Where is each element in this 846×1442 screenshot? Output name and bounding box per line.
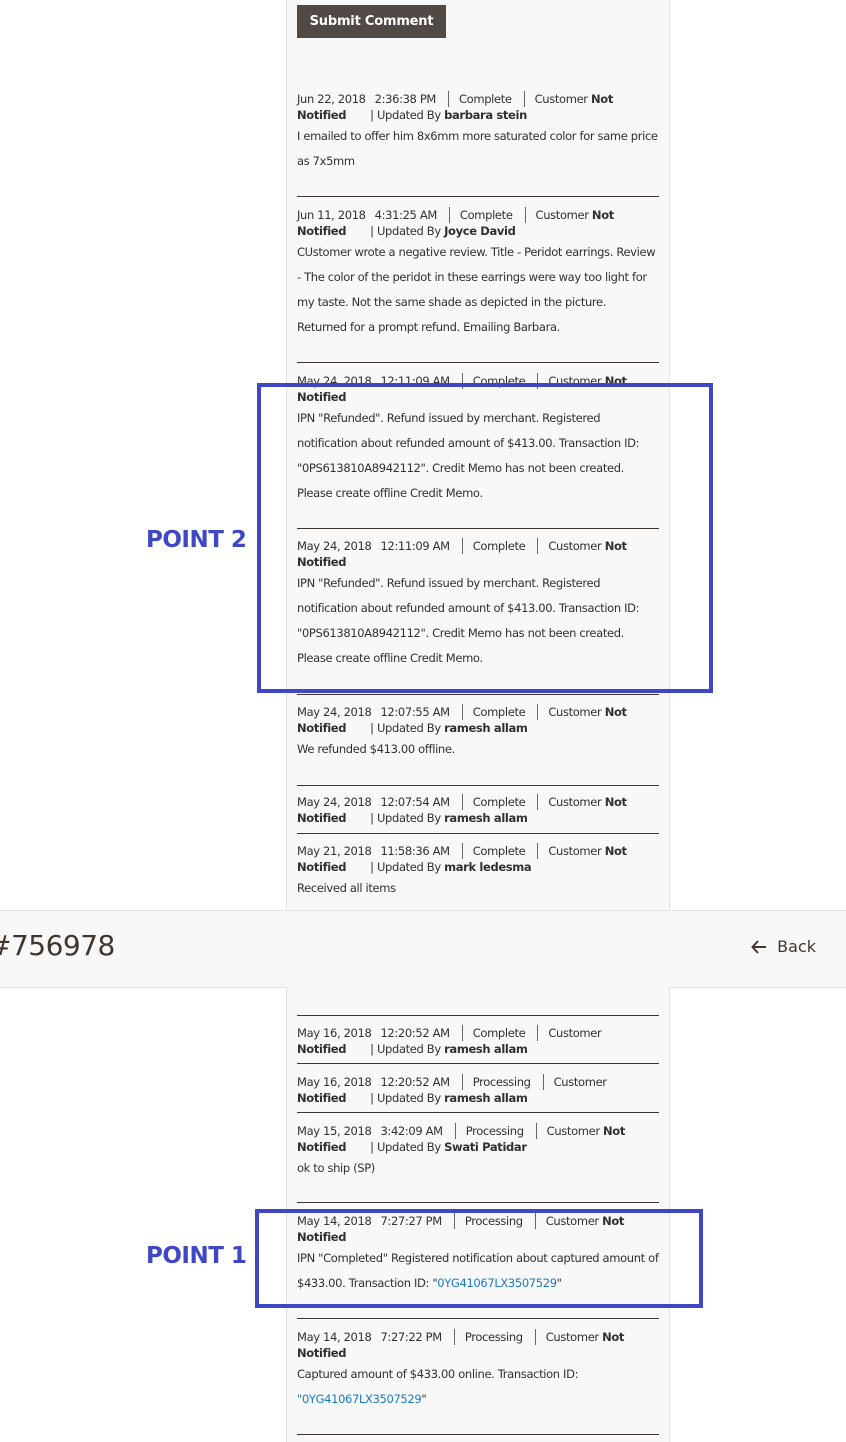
entry-time: 4:31:25 AM — [375, 207, 437, 223]
entry-separator — [297, 1015, 659, 1016]
entry-status: Complete — [449, 207, 513, 223]
annotation-box-point-1 — [255, 1209, 703, 1308]
entry-customer-notify: Customer Not — [524, 91, 613, 107]
entry-date: May 14, 2018 — [297, 1329, 371, 1345]
entry-updated-by: ramesh allam — [444, 1091, 527, 1105]
entry-customer-notify: Customer — [543, 1074, 607, 1090]
entry-time: 12:20:52 AM — [380, 1025, 449, 1041]
entry-notified: Notified — [297, 1042, 346, 1056]
entry-separator — [297, 785, 659, 786]
entry-time: 3:42:09 AM — [380, 1123, 442, 1139]
entry-updated-by-label: | Updated By — [370, 224, 441, 238]
entry-status: Processing — [454, 1329, 523, 1345]
page-header: #756978 Back — [0, 910, 846, 988]
entry-notified: Notified — [297, 1140, 346, 1154]
entry-updated-by-label: | Updated By — [370, 811, 441, 825]
entry-customer-notify: Customer Not — [537, 704, 626, 720]
entry-customer-notify: Customer Not — [535, 1329, 624, 1345]
entry-time: 11:58:36 AM — [380, 843, 449, 859]
entry-status: Complete — [462, 704, 526, 720]
entry-updated-by-label: | Updated By — [370, 108, 441, 122]
history-entry: Jun 11, 20184:31:25 AMCompleteCustomer N… — [297, 207, 659, 340]
entry-updated-by: barbara stein — [444, 108, 527, 122]
history-entry: May 14, 20187:27:22 PMProcessingCustomer… — [297, 1329, 659, 1412]
entry-time: 2:36:38 PM — [375, 91, 436, 107]
back-label: Back — [777, 937, 816, 956]
entry-updated-by-label: | Updated By — [370, 860, 441, 874]
entry-separator — [297, 833, 659, 834]
history-entry: Jun 22, 20182:36:38 PMCompleteCustomer N… — [297, 91, 659, 174]
entry-date: May 24, 2018 — [297, 704, 371, 720]
entry-date: Jun 11, 2018 — [297, 207, 366, 223]
entry-updated-by-label: | Updated By — [370, 1042, 441, 1056]
entry-date: May 15, 2018 — [297, 1123, 371, 1139]
entry-status: Processing — [462, 1074, 531, 1090]
entry-notified: Notified — [297, 224, 346, 238]
entry-updated-by: Swati Patidar — [444, 1140, 527, 1154]
entry-date: May 16, 2018 — [297, 1074, 371, 1090]
entry-time: 12:20:52 AM — [380, 1074, 449, 1090]
entry-separator — [297, 1112, 659, 1113]
entry-separator — [297, 362, 659, 363]
page-title: #756978 — [0, 929, 115, 962]
entry-customer-notify: Customer Not — [537, 794, 626, 810]
history-entry: May 24, 201812:07:55 AMCompleteCustomer … — [297, 704, 659, 762]
entry-customer-notify: Customer Not — [525, 207, 614, 223]
entry-notified: Notified — [297, 811, 346, 825]
entry-separator — [297, 1202, 659, 1203]
entry-time: 12:07:55 AM — [380, 704, 449, 720]
entry-status: Processing — [455, 1123, 524, 1139]
entry-comment: We refunded $413.00 offline. — [297, 737, 659, 762]
annotation-label-point-2: POINT 2 — [146, 527, 246, 553]
entry-comment: Captured amount of $433.00 online. Trans… — [297, 1362, 659, 1412]
entry-comment: Received all items — [297, 876, 659, 901]
transaction-id-link[interactable]: "0YG41067LX3507529 — [297, 1392, 421, 1406]
entry-comment: ok to ship (SP) — [297, 1156, 659, 1181]
entry-comment: CUstomer wrote a negative review. Title … — [297, 240, 659, 340]
arrow-left-icon — [751, 940, 767, 954]
entry-separator — [297, 1063, 659, 1064]
entry-updated-by-label: | Updated By — [370, 1091, 441, 1105]
entry-date: May 24, 2018 — [297, 794, 371, 810]
entry-time: 12:07:54 AM — [380, 794, 449, 810]
entry-updated-by-label: | Updated By — [370, 721, 441, 735]
submit-comment-button[interactable]: Submit Comment — [297, 5, 446, 38]
entry-updated-by-label: | Updated By — [370, 1140, 441, 1154]
entry-notified: Notified — [297, 860, 346, 874]
entry-updated-by: ramesh allam — [444, 721, 527, 735]
entry-date: Jun 22, 2018 — [297, 91, 366, 107]
history-entry: May 24, 201812:07:54 AMCompleteCustomer … — [297, 794, 659, 826]
entry-customer-notify: Customer — [537, 1025, 601, 1041]
entry-separator — [297, 694, 659, 695]
back-button[interactable]: Back — [751, 937, 816, 956]
entry-separator — [297, 196, 659, 197]
entry-updated-by: mark ledesma — [444, 860, 531, 874]
entry-customer-notify: Customer Not — [537, 843, 626, 859]
entry-status: Complete — [462, 1025, 526, 1041]
history-entry: May 21, 201811:58:36 AMCompleteCustomer … — [297, 843, 659, 901]
entry-updated-by: Joyce David — [444, 224, 515, 238]
entry-updated-by: ramesh allam — [444, 1042, 527, 1056]
history-entry: May 16, 201812:20:52 AMProcessingCustome… — [297, 1074, 659, 1106]
entry-separator — [297, 1318, 659, 1319]
entry-comment: I emailed to offer him 8x6mm more satura… — [297, 124, 659, 174]
entry-notified: Notified — [297, 108, 346, 122]
annotation-box-point-2 — [257, 383, 713, 693]
entry-date: May 21, 2018 — [297, 843, 371, 859]
entry-notified: Notified — [297, 721, 346, 735]
history-entry: May 16, 201812:20:52 AMCompleteCustomer … — [297, 1025, 659, 1057]
entry-status: Complete — [448, 91, 512, 107]
entry-time: 7:27:22 PM — [380, 1329, 441, 1345]
entry-status: Complete — [462, 794, 526, 810]
entry-updated-by: ramesh allam — [444, 811, 527, 825]
entry-separator — [297, 1434, 659, 1435]
entry-date: May 16, 2018 — [297, 1025, 371, 1041]
entry-notified: Notified — [297, 1346, 346, 1360]
entry-notified: Notified — [297, 1091, 346, 1105]
history-entry: May 15, 20183:42:09 AMProcessingCustomer… — [297, 1123, 659, 1181]
annotation-label-point-1: POINT 1 — [146, 1243, 246, 1269]
entry-status: Complete — [462, 843, 526, 859]
entry-customer-notify: Customer Not — [536, 1123, 625, 1139]
